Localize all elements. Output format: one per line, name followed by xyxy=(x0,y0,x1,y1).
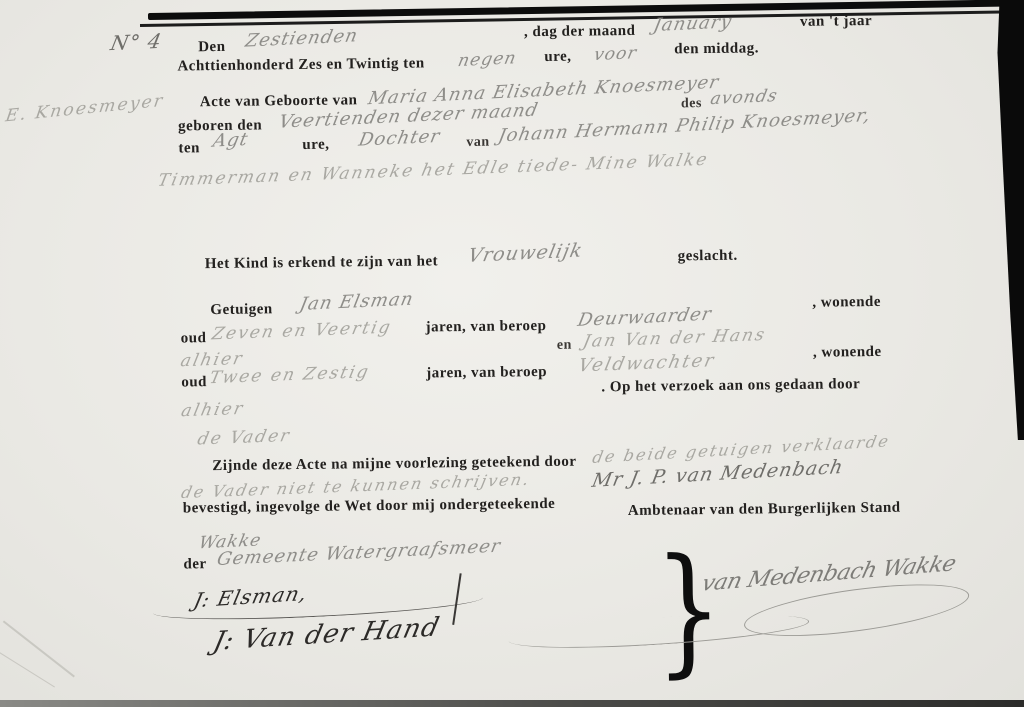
label-kind-erkend: Het Kind is erkend te zijn van het xyxy=(205,253,438,273)
witness2-signature: J: Van der Hand xyxy=(211,612,443,656)
label-op-het-verzoek: . Op het verzoek aan ons gedaan door xyxy=(601,376,860,396)
label-dag-der-maand: , dag der maand xyxy=(524,23,636,41)
label-oud-2: oud xyxy=(181,374,207,391)
birth-hour-entry: Agt xyxy=(211,129,250,152)
registration-day-entry: Zestienden xyxy=(244,25,360,51)
signature-brace: } xyxy=(654,527,724,691)
label-getuigen: Getuigen xyxy=(210,301,273,319)
birth-certificate-scan: N° 4 E. Knoesmeyer Den Zestienden , dag … xyxy=(0,0,1024,707)
requester-entry: de Vader xyxy=(196,426,293,450)
label-ure-2: ure, xyxy=(302,137,329,154)
act-number: N° 4 xyxy=(108,29,164,55)
witness1-age-entry: Zeven en Veertig xyxy=(210,318,394,345)
label-den-middag: den middag. xyxy=(674,40,759,58)
child-name-entry: Maria Anna Elisabeth Knoesmeyer xyxy=(366,72,721,109)
label-der: der xyxy=(183,556,206,573)
label-en: en xyxy=(557,338,572,354)
relation-entry: Dochter xyxy=(357,126,442,151)
label-jaren-beroep-2: jaren, van beroep xyxy=(426,364,547,382)
parents-occupation-entry: Timmerman en Wanneke het Edle tiede- Min… xyxy=(156,150,711,191)
witness2-occupation-entry: Veldwachter xyxy=(576,350,717,376)
registration-hour-entry: negen xyxy=(456,48,518,71)
label-year: Achttienhonderd Zes en Twintig ten xyxy=(177,55,424,75)
label-ure: ure, xyxy=(544,49,571,66)
witness1-name-entry: Jan Elsman xyxy=(298,289,416,315)
margin-child-name: E. Knoesmeyer xyxy=(4,91,165,126)
witness2-residence-entry: alhier xyxy=(179,399,246,421)
label-ambtenaar: Ambtenaar van den Burgerlijken Stand xyxy=(628,500,901,520)
label-van-t-jaar: van 't jaar xyxy=(800,13,872,31)
month-entry: January xyxy=(652,11,734,36)
label-van: van xyxy=(466,135,489,151)
time-of-day-entry: avonds xyxy=(709,86,780,109)
label-bevestigd: bevestigd, ingevolge de Wet door mij ond… xyxy=(183,496,556,518)
gender-entry: Vrouwelijk xyxy=(466,240,585,267)
label-den: Den xyxy=(198,39,226,56)
label-jaren-beroep-1: jaren, van beroep xyxy=(426,318,547,336)
label-geslacht: geslacht. xyxy=(678,248,738,266)
label-wonende-1: , wonende xyxy=(812,294,881,312)
before-noon-entry: voor xyxy=(592,43,639,65)
label-ten: ten xyxy=(178,140,200,157)
label-oud-1: oud xyxy=(181,330,207,347)
label-wonende-2: , wonende xyxy=(813,344,882,362)
label-des: des xyxy=(681,96,702,112)
